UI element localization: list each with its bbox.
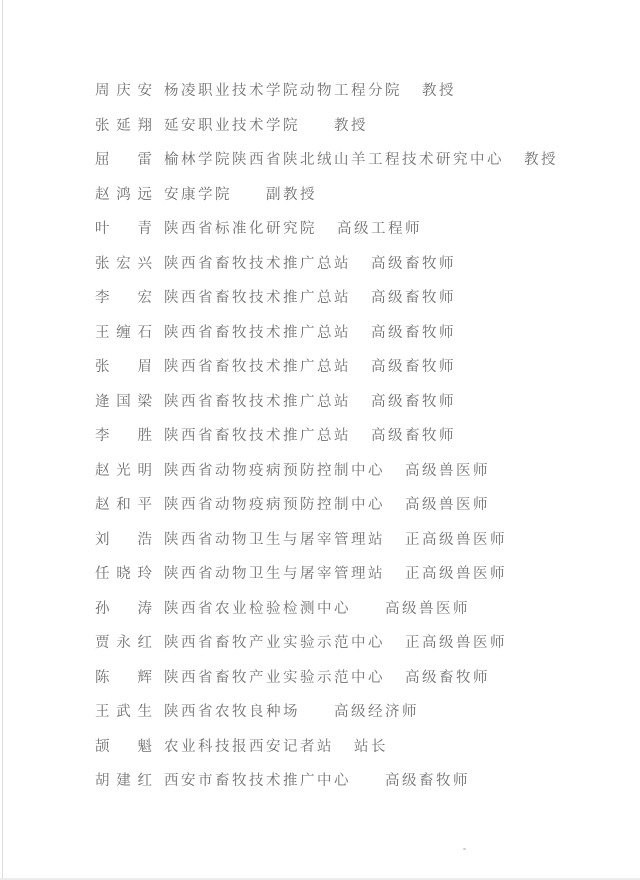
person-name: 赵和平: [95, 488, 152, 523]
person-org: 陕西省农业检验检测中心: [164, 592, 351, 627]
person-org: 陕西省动物卫生与屠宰管理站: [164, 557, 385, 592]
person-title: 高级畜牧师: [371, 419, 456, 454]
person-name: 叶青: [95, 212, 152, 247]
table-row: 贾永红陕西省畜牧产业实验示范中心正高级兽医师: [95, 626, 615, 661]
person-org: 陕西省畜牧技术推广总站: [164, 247, 351, 282]
person-name: 周庆安: [95, 74, 152, 109]
table-row: 赵鸿远安康学院副教授: [95, 178, 615, 213]
person-org: 陕西省畜牧产业实验示范中心: [164, 661, 385, 696]
page-edge-left: [2, 0, 3, 880]
table-row: 周庆安杨凌职业技术学院动物工程分院教授: [95, 74, 615, 109]
table-row: 屈雷榆林学院陕西省陕北绒山羊工程技术研究中心教授: [95, 143, 615, 178]
person-title: 正高级兽医师: [405, 626, 507, 661]
person-org: 陕西省畜牧技术推广总站: [164, 350, 351, 385]
person-title: 高级兽医师: [405, 454, 490, 489]
person-name: 王缠石: [95, 316, 152, 351]
person-name: 李胜: [95, 419, 152, 454]
table-row: 王武生陕西省农牧良种场高级经济师: [95, 695, 615, 730]
person-org: 陕西省畜牧技术推广总站: [164, 316, 351, 351]
person-title: 高级畜牧师: [385, 764, 470, 799]
person-title: 教授: [334, 109, 368, 144]
person-org: 陕西省畜牧技术推广总站: [164, 281, 351, 316]
person-title: 高级畜牧师: [405, 661, 490, 696]
table-row: 孙涛陕西省农业检验检测中心高级兽医师: [95, 592, 615, 627]
person-name: 贾永红: [95, 626, 152, 661]
person-title: 教授: [524, 143, 558, 178]
table-row: 王缠石陕西省畜牧技术推广总站高级畜牧师: [95, 316, 615, 351]
person-org: 陕西省动物疫病预防控制中心: [164, 488, 385, 523]
scan-speck: [463, 848, 466, 850]
person-title: 副教授: [266, 178, 317, 213]
table-row: 刘浩陕西省动物卫生与屠宰管理站正高级兽医师: [95, 523, 615, 558]
person-title: 高级兽医师: [405, 488, 490, 523]
person-org: 陕西省畜牧产业实验示范中心: [164, 626, 385, 661]
person-org: 陕西省动物疫病预防控制中心: [164, 454, 385, 489]
person-title: 教授: [422, 74, 456, 109]
person-org: 杨凌职业技术学院动物工程分院: [164, 74, 402, 109]
person-name: 赵光明: [95, 454, 152, 489]
person-title: 高级畜牧师: [371, 385, 456, 420]
table-row: 胡建红西安市畜牧技术推广中心高级畜牧师: [95, 764, 615, 799]
table-row: 李宏陕西省畜牧技术推广总站高级畜牧师: [95, 281, 615, 316]
person-title: 高级畜牧师: [371, 281, 456, 316]
table-row: 陈辉陕西省畜牧产业实验示范中心高级畜牧师: [95, 661, 615, 696]
person-org: 西安市畜牧技术推广中心: [164, 764, 351, 799]
person-org: 陕西省标准化研究院: [164, 212, 317, 247]
person-title: 高级畜牧师: [371, 247, 456, 282]
person-org: 陕西省农牧良种场: [164, 695, 300, 730]
person-title: 高级畜牧师: [371, 350, 456, 385]
person-org: 榆林学院陕西省陕北绒山羊工程技术研究中心: [164, 143, 504, 178]
table-row: 李胜陕西省畜牧技术推广总站高级畜牧师: [95, 419, 615, 454]
person-org: 陕西省畜牧技术推广总站: [164, 419, 351, 454]
person-name: 李宏: [95, 281, 152, 316]
person-title: 正高级兽医师: [405, 557, 507, 592]
table-row: 赵光明陕西省动物疫病预防控制中心高级兽医师: [95, 454, 615, 489]
person-title: 正高级兽医师: [405, 523, 507, 558]
person-name: 屈雷: [95, 143, 152, 178]
table-row: 颉魁农业科技报西安记者站站长: [95, 730, 615, 765]
person-org: 安康学院: [164, 178, 232, 213]
person-title: 高级兽医师: [385, 592, 470, 627]
person-org: 陕西省畜牧技术推广总站: [164, 385, 351, 420]
person-name: 陈辉: [95, 661, 152, 696]
table-row: 赵和平陕西省动物疫病预防控制中心高级兽医师: [95, 488, 615, 523]
person-name: 张宏兴: [95, 247, 152, 282]
person-title: 高级工程师: [337, 212, 422, 247]
table-row: 叶青陕西省标准化研究院高级工程师: [95, 212, 615, 247]
person-name: 胡建红: [95, 764, 152, 799]
table-row: 张延翔延安职业技术学院教授: [95, 109, 615, 144]
person-name: 王武生: [95, 695, 152, 730]
document-page: 周庆安杨凌职业技术学院动物工程分院教授张延翔延安职业技术学院教授屈雷榆林学院陕西…: [0, 0, 640, 880]
table-row: 任晓玲陕西省动物卫生与屠宰管理站正高级兽医师: [95, 557, 615, 592]
person-title: 高级畜牧师: [371, 316, 456, 351]
person-org: 延安职业技术学院: [164, 109, 300, 144]
person-org: 农业科技报西安记者站: [164, 730, 334, 765]
person-title: 站长: [354, 730, 388, 765]
person-title: 高级经济师: [334, 695, 419, 730]
table-row: 张宏兴陕西省畜牧技术推广总站高级畜牧师: [95, 247, 615, 282]
person-name: 任晓玲: [95, 557, 152, 592]
expert-list: 周庆安杨凌职业技术学院动物工程分院教授张延翔延安职业技术学院教授屈雷榆林学院陕西…: [95, 74, 615, 799]
person-name: 逄国梁: [95, 385, 152, 420]
person-name: 颉魁: [95, 730, 152, 765]
person-name: 刘浩: [95, 523, 152, 558]
person-org: 陕西省动物卫生与屠宰管理站: [164, 523, 385, 558]
person-name: 张延翔: [95, 109, 152, 144]
person-name: 张眉: [95, 350, 152, 385]
person-name: 赵鸿远: [95, 178, 152, 213]
person-name: 孙涛: [95, 592, 152, 627]
table-row: 张眉陕西省畜牧技术推广总站高级畜牧师: [95, 350, 615, 385]
table-row: 逄国梁陕西省畜牧技术推广总站高级畜牧师: [95, 385, 615, 420]
